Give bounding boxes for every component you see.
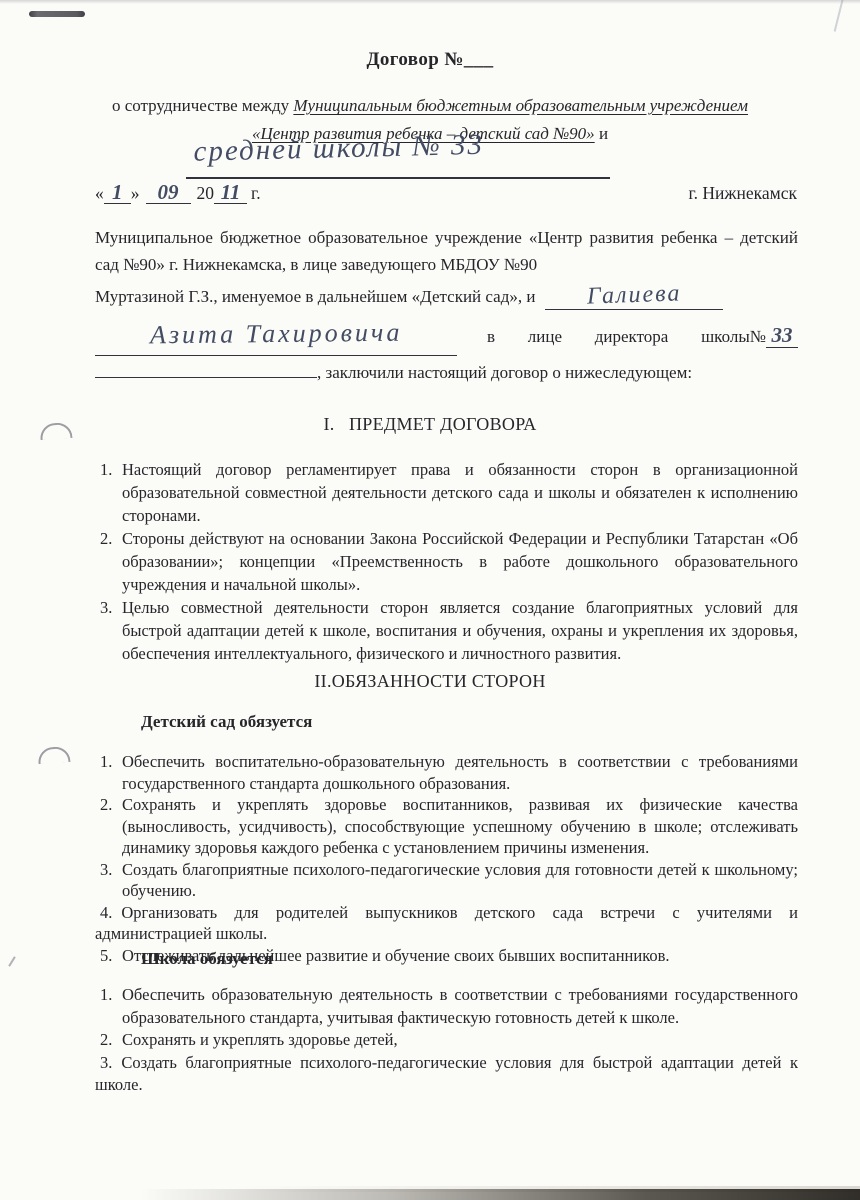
item-number: 4. — [95, 903, 121, 922]
word-school: школы№ — [701, 327, 766, 346]
list-item: 3.Создать благоприятные психолого-педаго… — [95, 859, 798, 902]
word-director: директора — [595, 327, 669, 347]
item-number: 1. — [95, 751, 122, 773]
word-v: в — [487, 327, 495, 347]
school-subheading: Школа обязуется — [141, 949, 273, 969]
handwritten-surname: Галиева — [587, 280, 682, 310]
pen-tick-mark — [8, 956, 16, 966]
item-text: Целью совместной деятельности сторон явл… — [122, 598, 798, 663]
item-number: 2. — [95, 794, 122, 816]
list-item: 2.Сохранять и укреплять здоровье воспита… — [95, 794, 798, 859]
preamble-line-kindergarten: Муртазиной Г.З., именуемое в дальнейшем … — [95, 282, 798, 310]
list-item: 3.Целью совместной деятельности сторон я… — [95, 596, 798, 665]
handwritten-name: Азита Тахировича — [150, 318, 403, 351]
list-item: 1.Обеспечить образовательную деятельност… — [95, 984, 798, 1029]
handwritten-school-number-field: 33 — [766, 325, 798, 348]
institution-name-line1: Муниципальным бюджетным образовательным … — [293, 96, 748, 115]
handwritten-month: 09 — [158, 180, 179, 204]
item-text: Стороны действуют на основании Закона Ро… — [122, 529, 798, 594]
hole-punch-arc — [37, 746, 70, 764]
handwritten-surname-field: Галиева — [545, 282, 723, 310]
list-item: 4.Организовать для родителей выпускников… — [95, 902, 798, 945]
scanned-contract-page: Договор №___ о сотрудничестве между Муни… — [0, 0, 860, 1200]
item-text: Обеспечить воспитательно-образовательную… — [122, 752, 798, 793]
item-number: 3. — [95, 859, 122, 881]
document-title: Договор №___ — [0, 49, 860, 71]
blank-underline — [95, 359, 317, 378]
word-lice: лице — [528, 327, 562, 347]
preamble-line3-text: , заключили настоящий договор о нижеслед… — [317, 363, 692, 383]
preamble-paragraph-2: Муртазиной Г.З., именуемое в дальнейшем … — [95, 282, 798, 383]
item-number: 3. — [95, 596, 122, 619]
school-obligations-list: 1.Обеспечить образовательную деятельност… — [95, 984, 798, 1097]
kindergarten-subheading: Детский сад обязуется — [141, 712, 312, 732]
list-item: 2.Сохранять и укреплять здоровье детей, — [95, 1029, 798, 1052]
date-close-quote: » — [131, 183, 140, 204]
item-text: Сохранять и укреплять здоровье детей, — [122, 1030, 398, 1049]
date-month-field: 09 — [146, 182, 191, 204]
school-number-phrase: школы№33 — [701, 325, 798, 348]
date-century: 20 — [197, 183, 215, 204]
staple-mark — [29, 11, 85, 17]
item-text: Сохранять и укреплять здоровье воспитанн… — [122, 795, 798, 857]
item-number: 3. — [95, 1053, 121, 1072]
scan-bottom-shadow — [140, 1189, 860, 1200]
handwritten-school-field: средней школы № 33 — [186, 136, 610, 179]
list-item: 1.Обеспечить воспитательно-образовательн… — [95, 751, 798, 794]
date-line: « 1 » 09 20 11 г. г. Нижнекамск — [95, 182, 797, 204]
kindergarten-obligations-list: 1.Обеспечить воспитательно-образовательн… — [95, 751, 798, 966]
preamble-paragraph-1: Муниципальное бюджетное образовательное … — [95, 224, 798, 278]
list-item: 3.Создать благоприятные психолого-педаго… — [95, 1052, 798, 1097]
item-text: Организовать для родителей выпускников д… — [95, 903, 798, 944]
date-year-field: 11 — [214, 182, 247, 204]
preamble-line-conclusion: , заключили настоящий договор о нижеслед… — [95, 359, 798, 383]
preamble-line1-text: Муртазиной Г.З., именуемое в дальнейшем … — [95, 287, 535, 307]
date-open-quote: « — [95, 183, 104, 204]
item-text: Создать благоприятные психолого-педагоги… — [122, 860, 798, 901]
corner-fold-line — [834, 0, 845, 32]
item-text: Создать благоприятные психолого-педагоги… — [95, 1053, 798, 1095]
handwritten-day: 1 — [112, 180, 123, 204]
item-text: Обеспечить образовательную деятельность … — [122, 985, 798, 1027]
item-number: 5. — [95, 945, 122, 967]
subtitle-plain-text: о сотрудничестве между — [112, 96, 289, 115]
list-item: 2.Стороны действуют на основании Закона … — [95, 527, 798, 596]
section1-heading: I. ПРЕДМЕТ ДОГОВОРА — [0, 414, 860, 435]
city-label: г. Нижнекамск — [688, 183, 797, 204]
section2-heading: II.ОБЯЗАННОСТИ СТОРОН — [0, 671, 860, 692]
item-text: Настоящий договор регламентирует права и… — [122, 460, 798, 525]
date-day-field: 1 — [104, 182, 131, 204]
item-number: 1. — [95, 458, 122, 481]
handwritten-school-number: 33 — [771, 323, 792, 347]
date-suffix: г. — [251, 183, 261, 204]
director-phrase: в лице директора школы№33 — [457, 325, 798, 348]
handwritten-year: 11 — [221, 180, 241, 204]
item-number: 2. — [95, 527, 122, 550]
preamble-line-director: Азита Тахировича в лице директора школы№… — [95, 319, 798, 356]
item-number: 1. — [95, 984, 122, 1007]
item-number: 2. — [95, 1029, 122, 1052]
handwritten-name-field: Азита Тахировича — [95, 319, 457, 356]
scan-edge-shadow — [0, 0, 860, 4]
section1-list: 1.Настоящий договор регламентирует права… — [95, 458, 798, 665]
list-item: 1.Настоящий договор регламентирует права… — [95, 458, 798, 527]
handwritten-school-name: средней школы № 33 — [185, 129, 484, 169]
